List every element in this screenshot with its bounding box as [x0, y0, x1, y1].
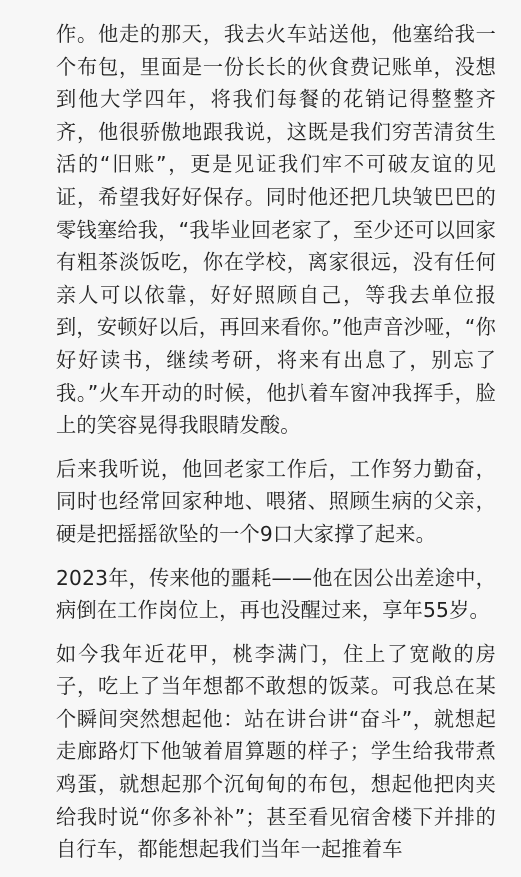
paragraph-memories: 如今我年近花甲，桃李满门，住上了宽敞的房子，吃上了当年想都不敢想的饭菜。可我总在…	[56, 638, 496, 800]
article-body: 作。他走的那天，我去火车站送他，他塞给我一个布包，里面是一份长长的伙食费记账单，…	[56, 18, 496, 800]
paragraph-passing: 2023年，传来他的噩耗——他在因公出差途中，病倒在工作岗位上，再也没醒过来，享…	[56, 562, 496, 627]
paragraph-later-news: 后来我听说，他回老家工作后，工作努力勤奋，同时也经常回家种地、喂猪、照顾生病的父…	[56, 453, 496, 551]
paragraph-farewell: 作。他走的那天，我去火车站送他，他塞给我一个布包，里面是一份长长的伙食费记账单，…	[56, 18, 496, 442]
